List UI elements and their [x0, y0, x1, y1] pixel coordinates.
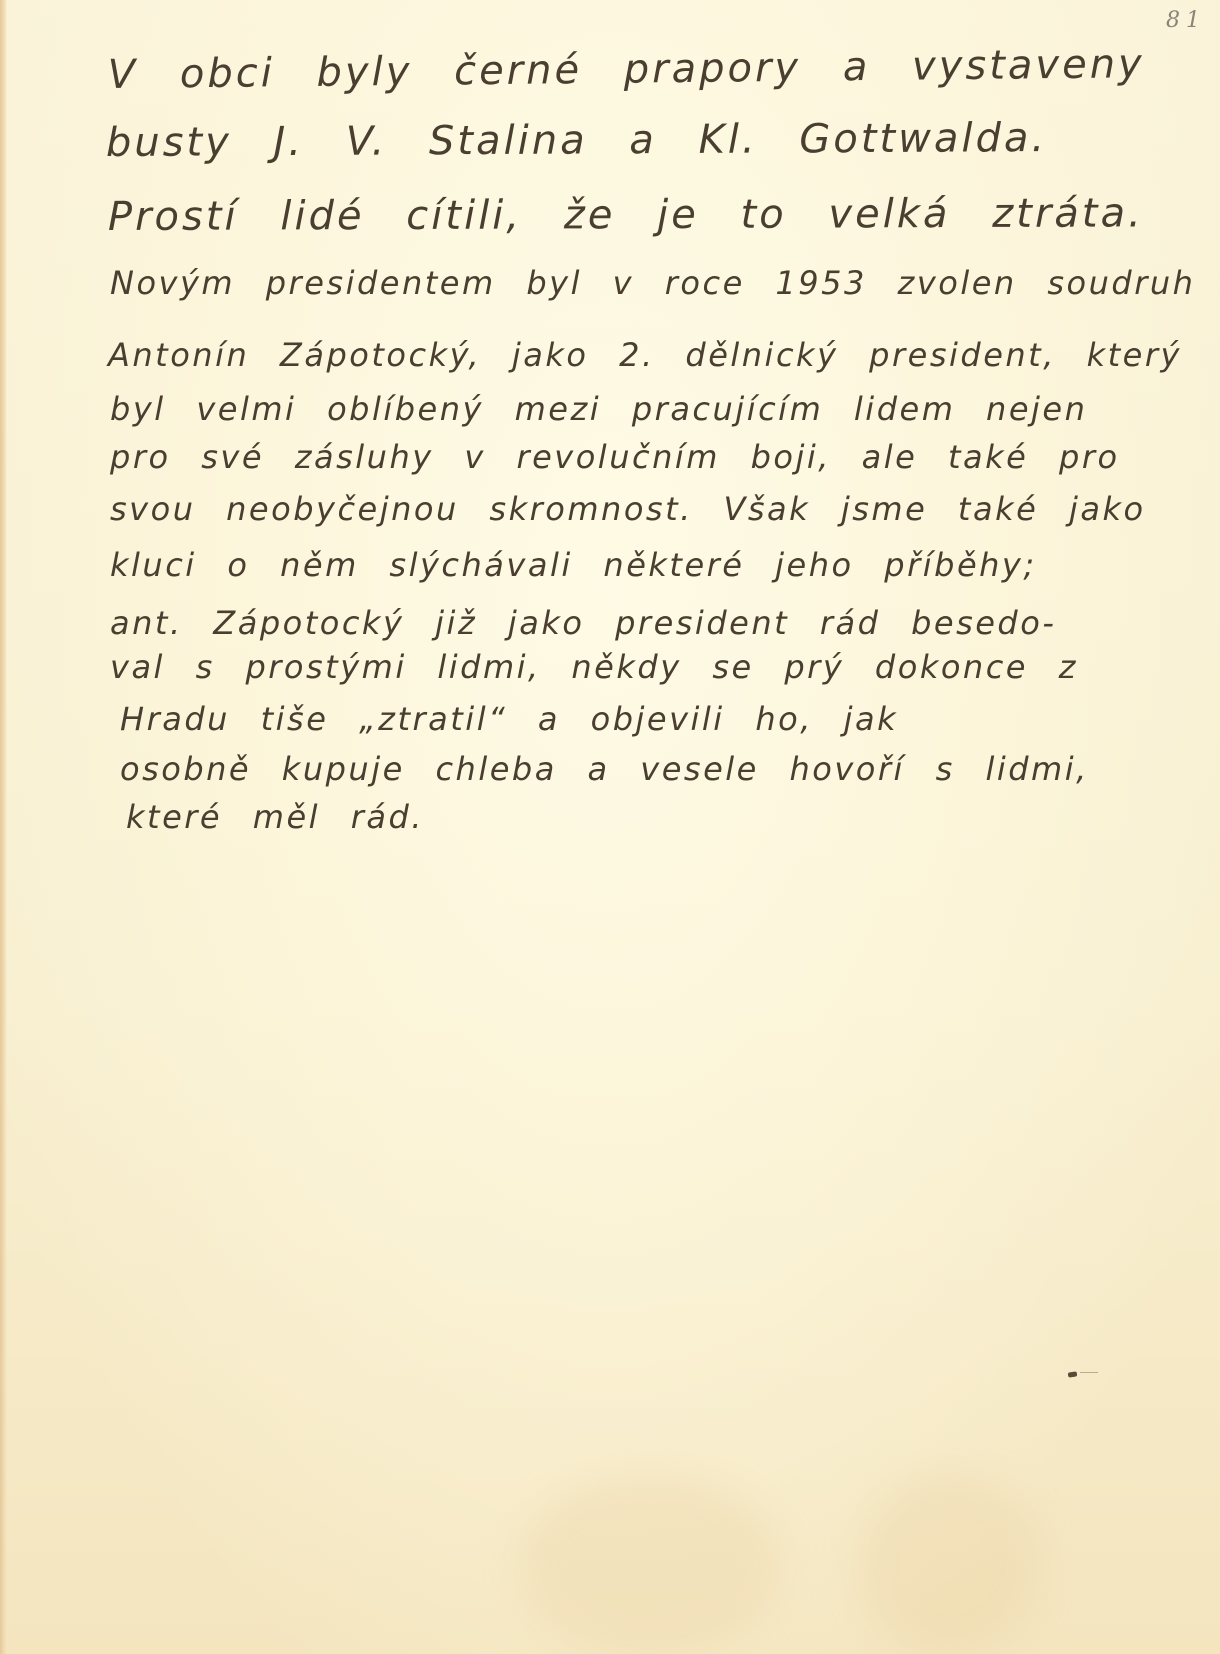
text-line: byl velmi oblíbený mezi pracujícím lidem… [110, 390, 1087, 428]
text-line: pro své zásluhy v revolučním boji, ale t… [110, 438, 1120, 476]
text-line: Hradu tiše „ztratil“ a objevili ho, jak [120, 700, 898, 738]
text-line: busty J. V. Stalina a Kl. Gottwalda. [106, 115, 1047, 166]
ink-blot-trace [1080, 1372, 1098, 1373]
text-line: svou neobyčejnou skromnost. Však jsme ta… [110, 490, 1146, 528]
paper-stain [860, 1474, 1040, 1654]
text-line: Novým presidentem byl v roce 1953 zvolen… [110, 264, 1195, 302]
text-line: val s prostými lidmi, někdy se prý dokon… [110, 648, 1078, 686]
text-line: osobně kupuje chleba a vesele hovoří s l… [120, 750, 1089, 788]
page-left-edge [0, 0, 7, 1654]
scanned-page: 81 V obci byly černé prapory a vystaveny… [0, 0, 1220, 1654]
text-line: kluci o něm slýchávali některé jeho příb… [110, 546, 1037, 584]
text-line: ant. Zápotocký již jako president rád be… [110, 604, 1056, 642]
page-number: 81 [1166, 8, 1206, 33]
text-line: Prostí lidé cítili, že je to velká ztrát… [108, 190, 1144, 240]
text-line: V obci byly černé prapory a vystaveny [108, 41, 1145, 98]
ink-blot [1068, 1371, 1078, 1377]
text-line: Antonín Zápotocký, jako 2. dělnický pres… [108, 336, 1182, 374]
text-line: které měl rád. [126, 798, 424, 836]
paper-stain [520, 1474, 780, 1654]
